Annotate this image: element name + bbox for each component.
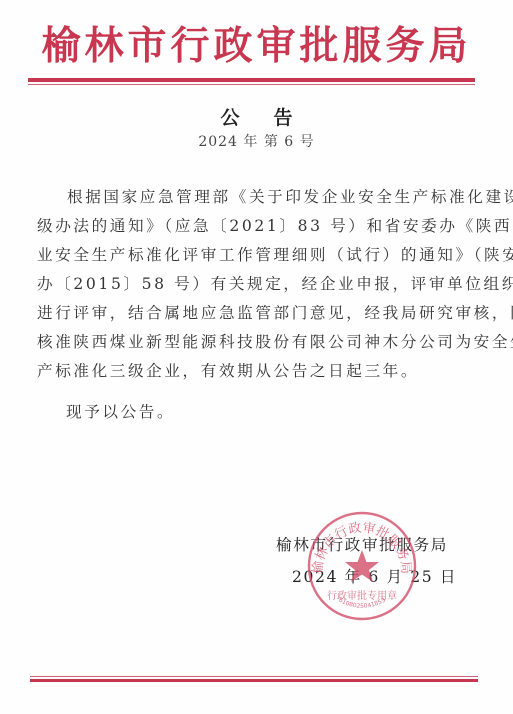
body-line: 业安全生产标准化评审工作管理细则（试行）的通知》（陕安委 bbox=[37, 241, 475, 270]
official-seal-icon: 榆林市行政审批服务局 行政审批专用章 6108025041853 bbox=[306, 510, 418, 622]
letterhead-rule-thick bbox=[28, 78, 475, 82]
footer-rule-thick bbox=[30, 679, 478, 682]
letterhead-title: 榆林市行政审批服务局 bbox=[0, 22, 513, 70]
body-line: 核准陕西煤业新型能源科技股份有限公司神木分公司为安全生 bbox=[37, 328, 475, 357]
closing-statement: 现予以公告。 bbox=[66, 398, 175, 427]
notice-heading: 公告 bbox=[0, 106, 513, 130]
notice-document: 榆林市行政审批服务局 公告 2024 年 第 6 号 根据国家应急管理部《关于印… bbox=[0, 0, 513, 714]
seal-center-text: 行政审批专用章 bbox=[327, 589, 397, 602]
notice-number: 2024 年 第 6 号 bbox=[0, 133, 513, 151]
notice-heading-char-1: 公 bbox=[220, 106, 239, 130]
footer-rule-thin bbox=[30, 676, 478, 677]
body-line: 级办法的通知》（应急〔2021〕83 号）和省安委办《陕西省企 bbox=[37, 212, 475, 241]
notice-heading-char-2: 告 bbox=[274, 106, 293, 130]
body-line: 产标准化三级企业，有效期从公告之日起三年。 bbox=[37, 357, 475, 386]
notice-body: 根据国家应急管理部《关于印发企业安全生产标准化建设定 级办法的通知》（应急〔20… bbox=[37, 183, 475, 386]
body-line: 根据国家应急管理部《关于印发企业安全生产标准化建设定 bbox=[37, 183, 475, 212]
body-line: 进行评审，结合属地应急监管部门意见，经我局研究审核，同意 bbox=[37, 299, 475, 328]
letterhead-rule-thin bbox=[28, 84, 475, 85]
body-line: 办〔2015〕58 号）有关规定，经企业申报，评审单位组织专家 bbox=[37, 270, 475, 299]
